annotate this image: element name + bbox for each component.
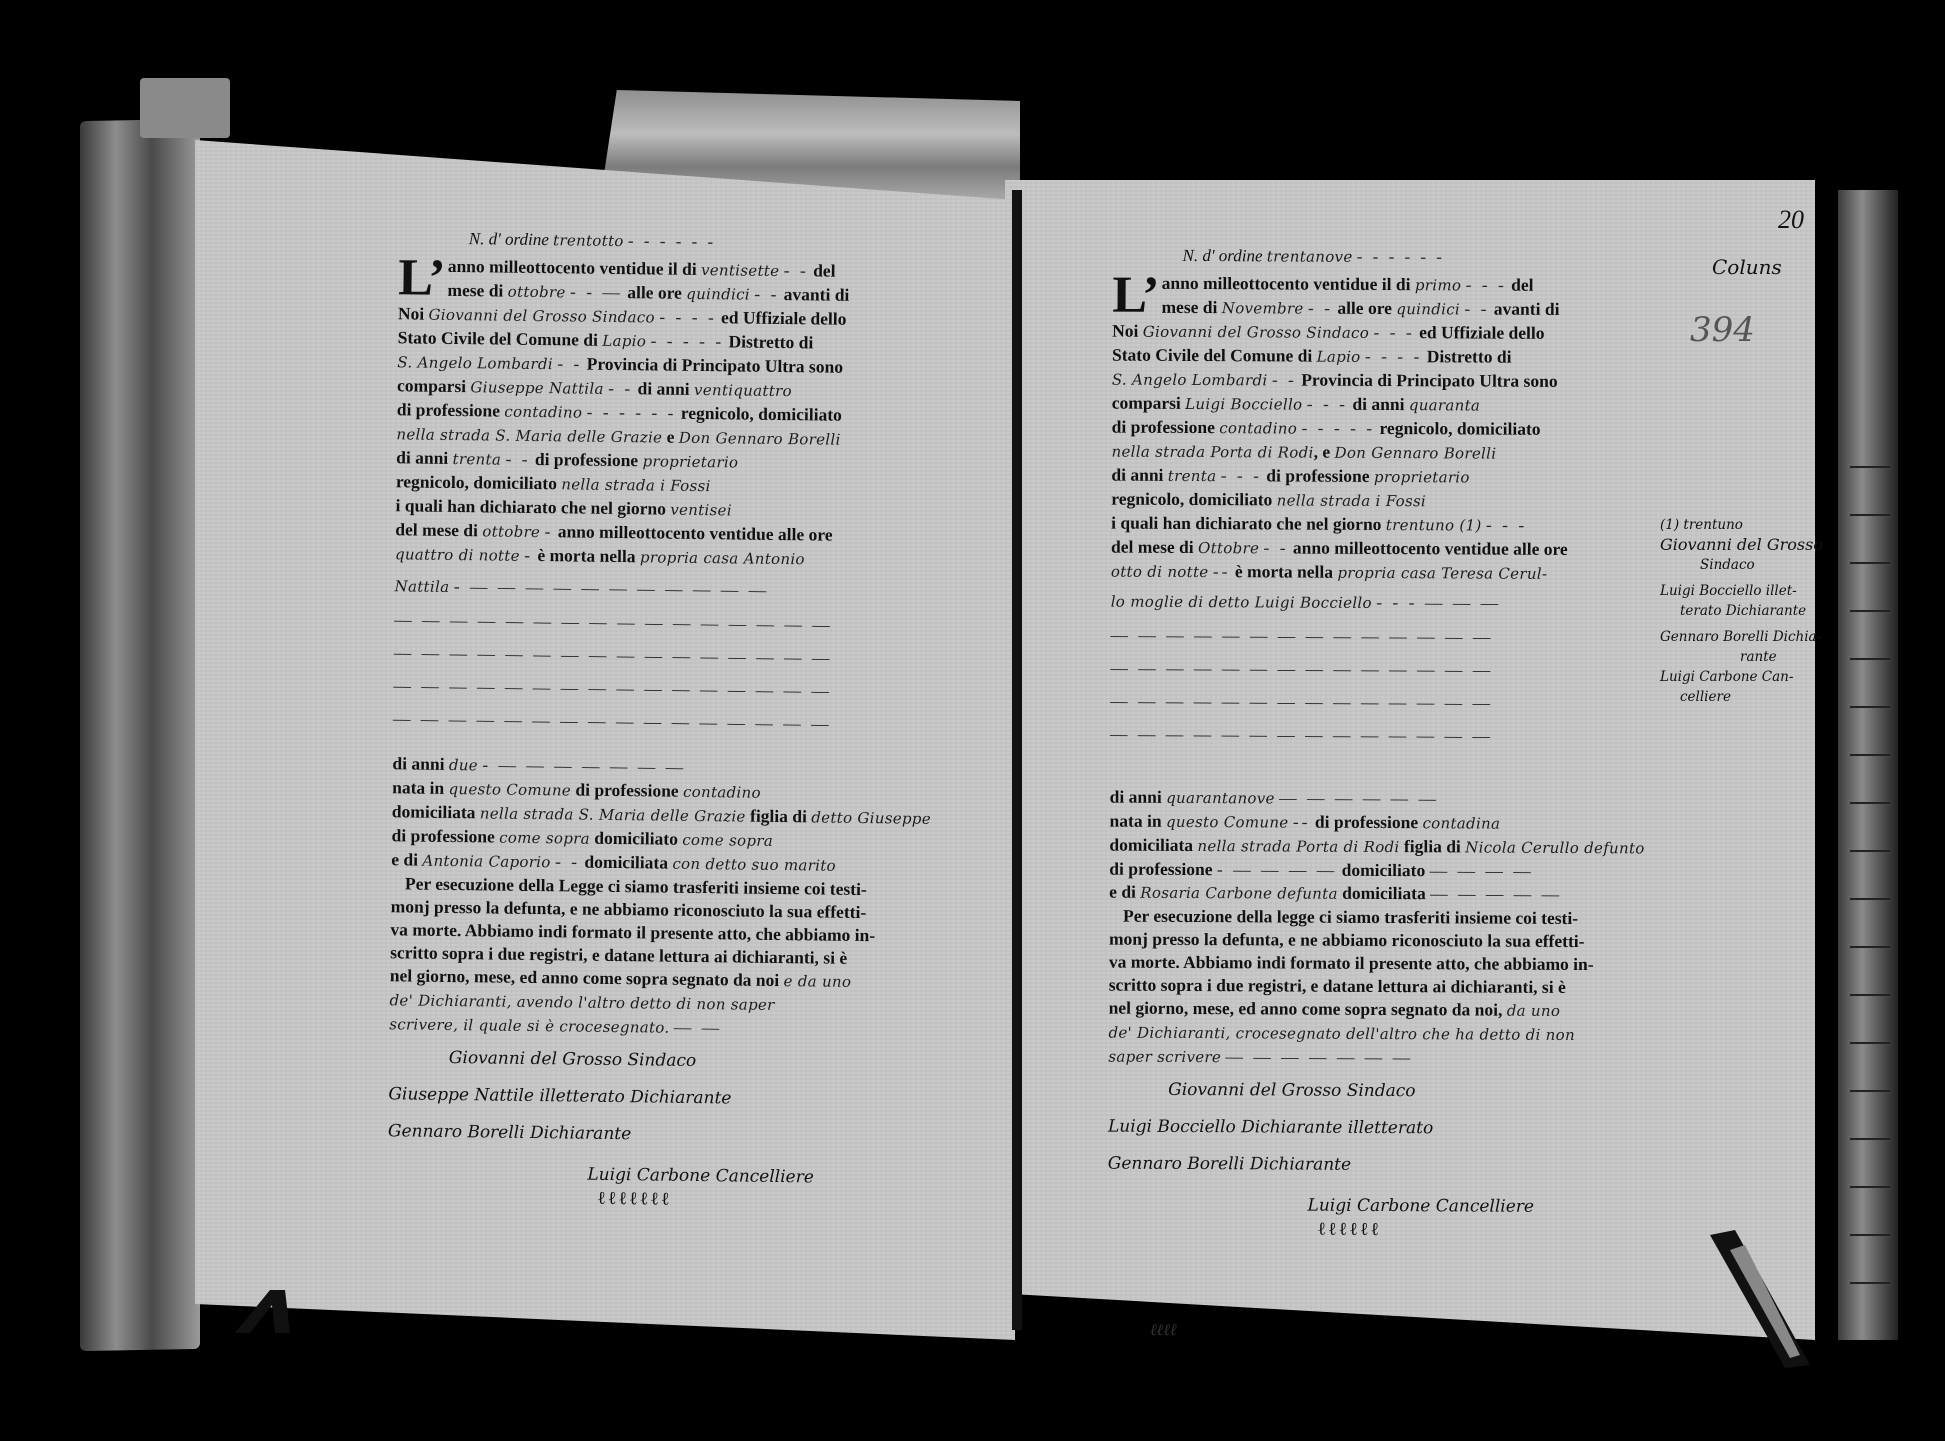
signature-mayor: Giovanni del Grosso Sindaco <box>449 1047 999 1077</box>
order-number-value: trentotto <box>553 231 624 250</box>
record-line: otto di notte -- è morta nella propria c… <box>1111 560 1656 587</box>
record-line: di professione - — — — — domiciliato — —… <box>1109 858 1654 884</box>
record-line: di professione contadino - - - - - regni… <box>1112 416 1657 443</box>
record-line: mese di Novembre - - alle ore quindici -… <box>1112 296 1657 323</box>
signature-mayor: Giovanni del Grosso Sindaco <box>1168 1079 1653 1105</box>
page-corner-holder-icon <box>230 1285 300 1335</box>
record-line: Per esecuzione della legge ci siamo tras… <box>1123 905 1654 931</box>
bleed-through-flourish: ℓℓℓℓ <box>1150 1320 1177 1340</box>
record-line: del mese di Ottobre - - anno milleottoce… <box>1111 536 1656 563</box>
signature-flourish: ℓℓℓℓℓℓ <box>1317 1218 1652 1243</box>
record-line: S. Angelo Lombardi - - Provincia di Prin… <box>1112 368 1657 395</box>
record-line: domiciliata nella strada Porta di Rodi f… <box>1109 834 1654 861</box>
blank-fill-line: — — — — — — — — — — — — — — — — <box>394 608 1004 638</box>
record-line: scritto sopra i due registri, e datane l… <box>1109 974 1654 1000</box>
blank-fill-line: — — — — — — — — — — — — — — <box>1110 723 1655 749</box>
record-line: nel giorno, mese, ed anno come sopra seg… <box>1109 997 1654 1024</box>
record-line: di anni quarantanove — — — — — — <box>1110 786 1655 813</box>
book-gutter <box>1012 190 1022 1330</box>
record-line: lo moglie di detto Luigi Bocciello - - -… <box>1111 590 1656 617</box>
signature-declarant-1: Giuseppe Nattile illetterato Dichiarante <box>388 1083 998 1113</box>
drop-cap-L: L’ <box>398 256 446 301</box>
order-number-value: trentanove <box>1267 247 1353 265</box>
record-line: de' Dichiaranti, crocesegnato dell'altro… <box>1108 1021 1653 1048</box>
signature-chancellor: Luigi Carbone Cancelliere <box>1308 1195 1653 1220</box>
record-line: Noi Giovanni del Grosso Sindaco - - - ed… <box>1112 320 1657 347</box>
top-left-book-corner <box>140 78 230 138</box>
blank-fill-line: — — — — — — — — — — — — — — — — <box>394 641 1004 671</box>
margin-archive-number: 394 <box>1690 310 1755 350</box>
record-line: di anni trenta - - - di professione prop… <box>1111 464 1656 491</box>
record-line: regnicolo, domiciliato nella strada i Fo… <box>1111 488 1656 515</box>
record-line: nella strada Porta di Rodi, e Don Gennar… <box>1111 440 1656 467</box>
blank-fill-line: — — — — — — — — — — — — — — <box>1111 624 1656 650</box>
record-line: nata in questo Comune -- di professione … <box>1110 810 1655 837</box>
blank-fill-line: — — — — — — — — — — — — — — — — <box>393 674 1003 704</box>
signature-declarant-1: Luigi Bocciello Dichiarante illetterato <box>1108 1116 1653 1142</box>
page-number: 20 <box>1778 205 1804 235</box>
drop-cap-L: L’ <box>1112 274 1159 318</box>
record-line: i quali han dichiarato che nel giorno tr… <box>1111 512 1656 539</box>
signature-declarant-2: Gennaro Borelli Dichiarante <box>1108 1153 1653 1179</box>
blank-fill-line: — — — — — — — — — — — — — — <box>1110 690 1655 716</box>
left-book-edge <box>80 119 200 1351</box>
death-record-entry-39: N. d' ordine trentanove - - - - - - L’ a… <box>1107 244 1657 1243</box>
death-record-entry-38: N. d' ordine trentotto - - - - - - L’ an… <box>387 226 1009 1214</box>
margin-correction-note: (1) trentuno Giovanni del Grosso Sindaco… <box>1660 515 1830 707</box>
right-edge-ruled-pages <box>1850 420 1890 1300</box>
scanned-book-spread: N. d' ordine trentotto - - - - - - L’ an… <box>0 0 1945 1441</box>
signature-flourish: ℓℓℓℓℓℓℓ <box>597 1187 997 1215</box>
record-line: Nattila - — — — — — — — — — — — <box>394 574 1004 605</box>
blank-fill-line: — — — — — — — — — — — — — — <box>1110 657 1655 683</box>
record-line: va morte. Abbiamo indi formato il presen… <box>1109 951 1654 977</box>
signature-declarant-2: Gennaro Borelli Dichiarante <box>388 1120 998 1150</box>
record-line: saper scrivere — — — — — — — <box>1108 1045 1653 1072</box>
record-line: e di Rosaria Carbone defunta domiciliata… <box>1109 881 1654 908</box>
margin-annotation-name: Coluns <box>1712 255 1782 279</box>
record-line: monj presso la defunta, e ne abbiamo ric… <box>1109 928 1654 954</box>
record-line: comparsi Luigi Bocciello - - - di anni q… <box>1112 392 1657 419</box>
page-corner-holder-icon <box>1705 1230 1815 1370</box>
order-number: N. d' ordine trentanove - - - - - - <box>1182 244 1657 270</box>
record-line: anno milleottocento ventidue il di primo… <box>1112 272 1657 299</box>
record-line: Stato Civile del Comune di Lapio - - - -… <box>1112 344 1657 371</box>
